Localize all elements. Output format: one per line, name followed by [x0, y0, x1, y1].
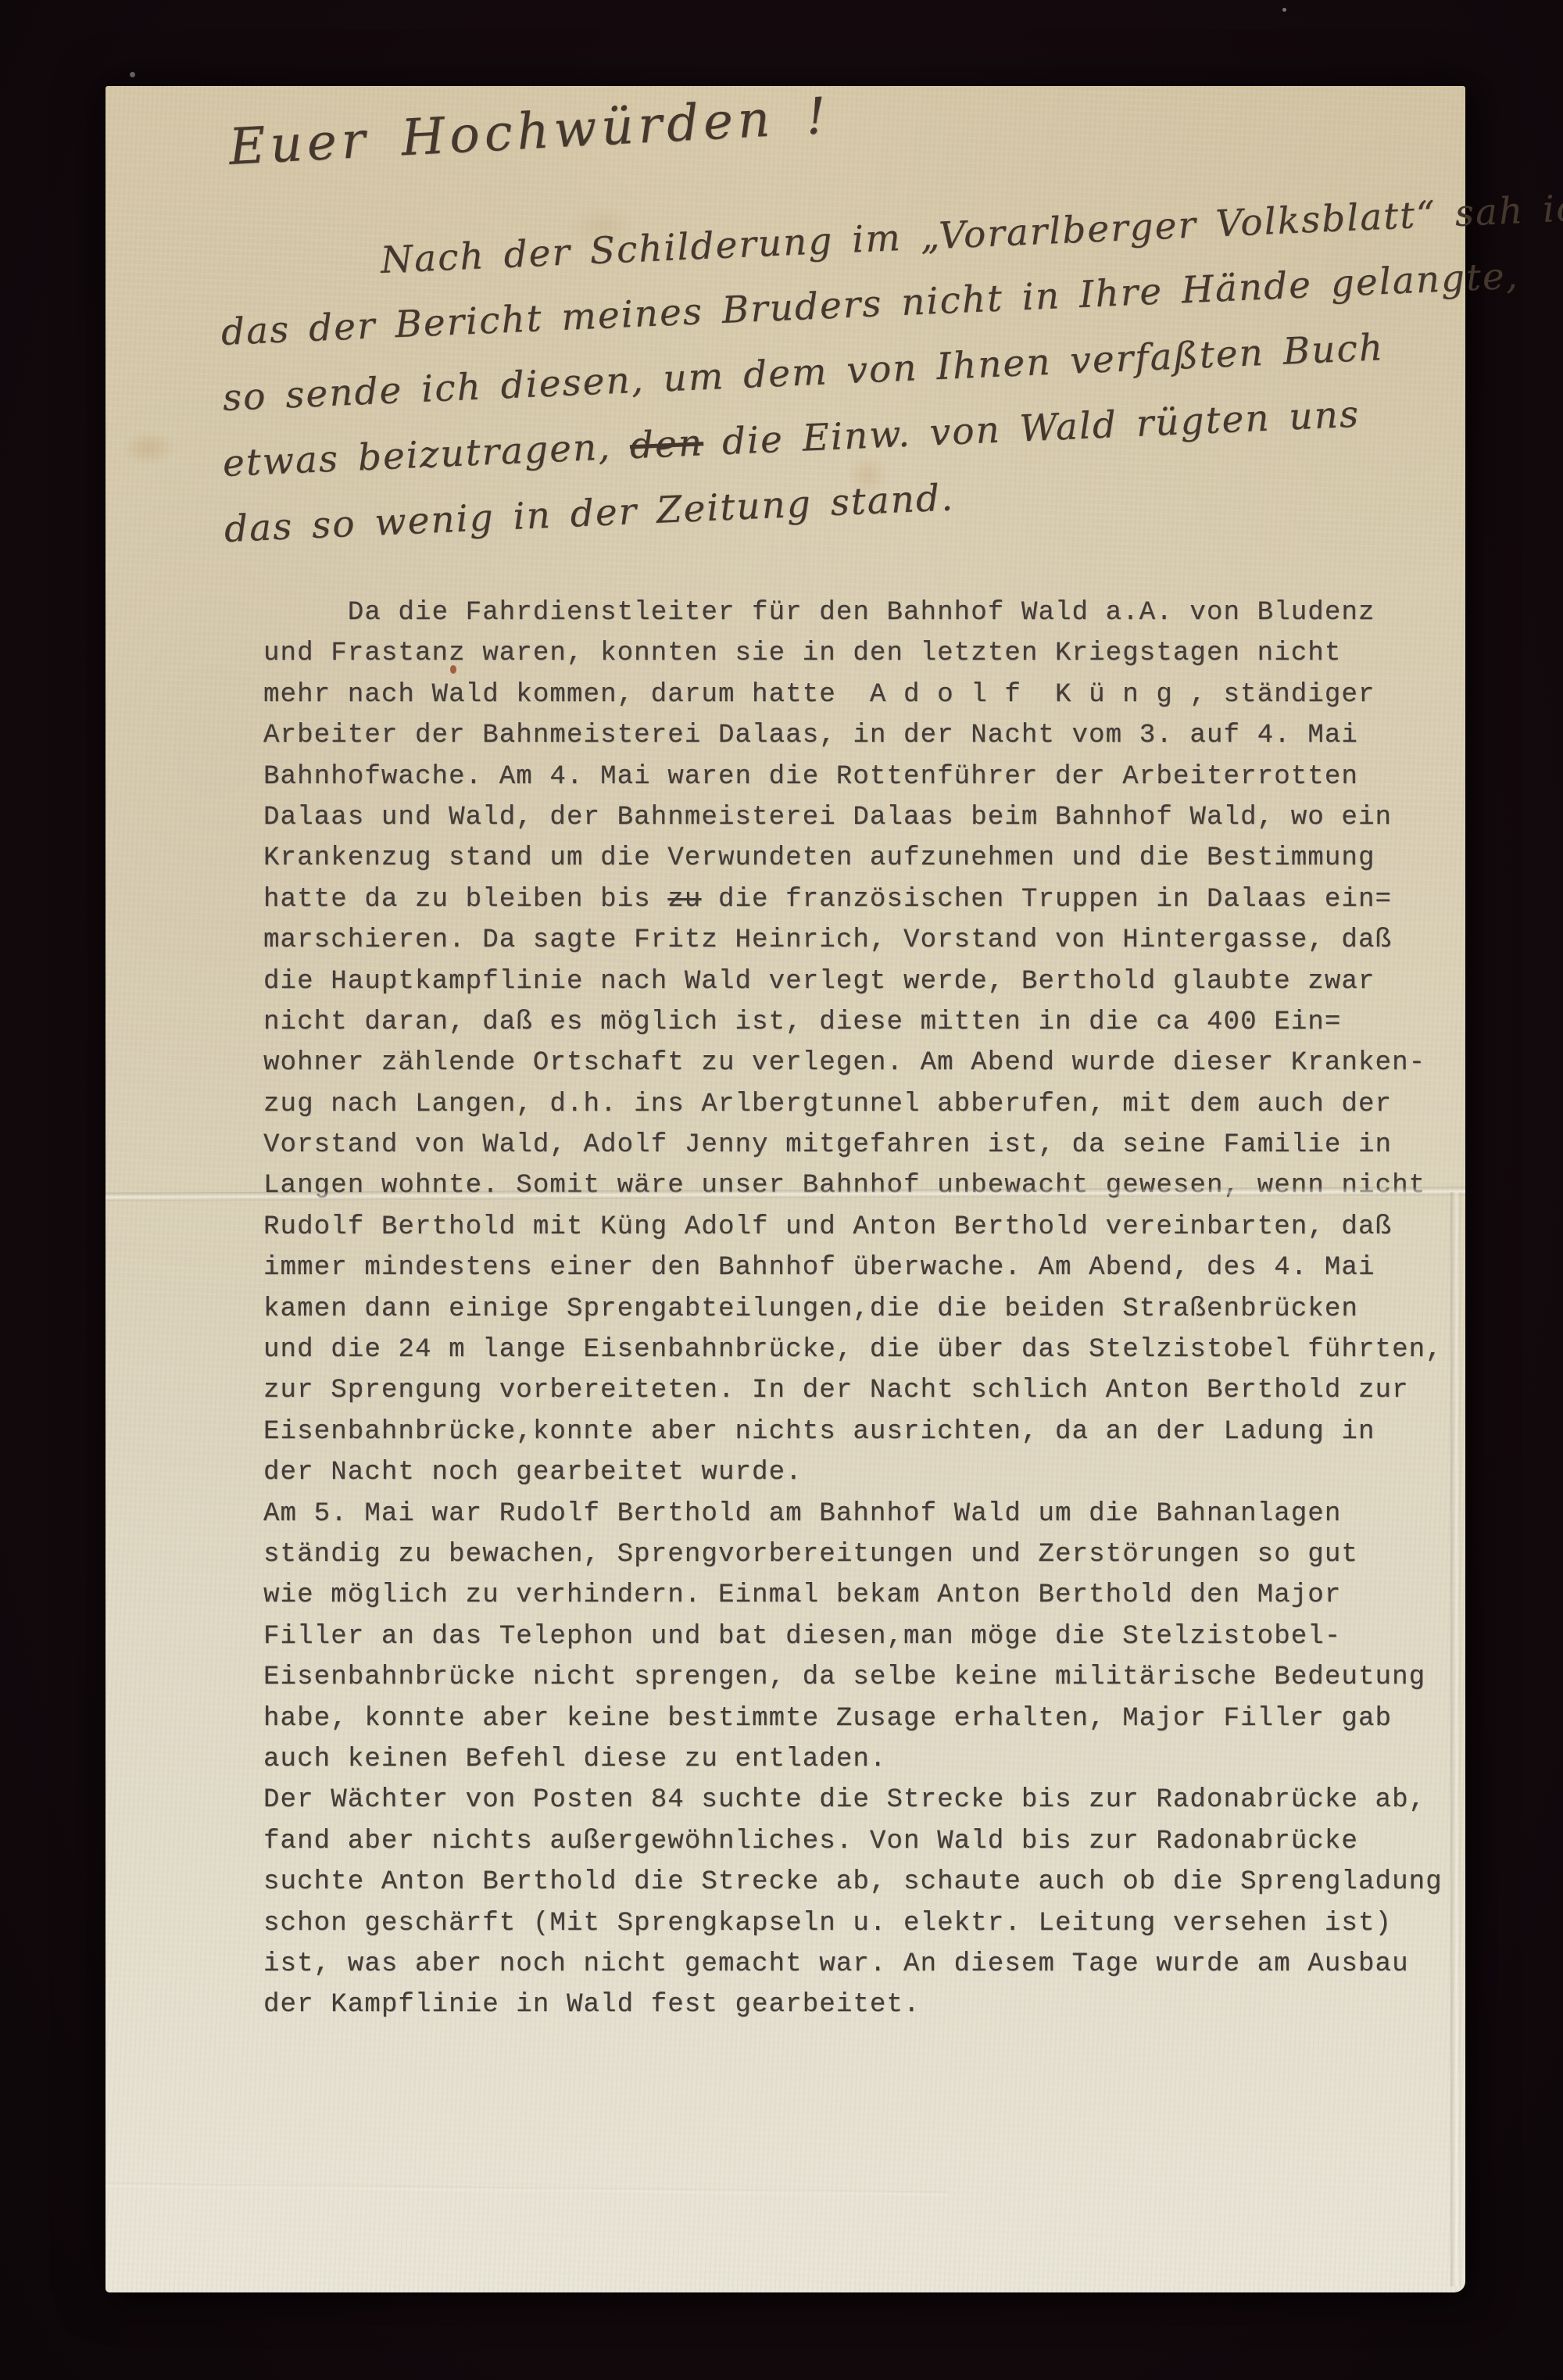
typed-line: Eisenbahnbrücke,konnte aber nichts ausri… — [263, 1412, 1483, 1452]
typed-line: zug nach Langen, d.h. ins Arlbergtunnel … — [263, 1084, 1483, 1125]
typed-line: der Kampflinie in Wald fest gearbeitet. — [263, 1985, 1483, 2025]
typed-line: zur Sprengung vorbereiteten. In der Nach… — [263, 1370, 1483, 1411]
typed-line: fand aber nichts außergewöhnliches. Von … — [263, 1821, 1483, 1862]
typed-line: nicht daran, daß es möglich ist, diese m… — [263, 1002, 1483, 1043]
typed-body: Da die Fahrdienstleiter für den Bahnhof … — [263, 592, 1483, 2026]
typed-line: mehr nach Wald kommen, darum hatte A d o… — [263, 675, 1483, 715]
letter-page: Euer Hochwürden ! Nach der Schilderung i… — [106, 86, 1465, 2292]
dust-speck — [130, 72, 135, 77]
typed-line: und die 24 m lange Eisenbahnbrücke, die … — [263, 1330, 1483, 1370]
typed-line: Da die Fahrdienstleiter für den Bahnhof … — [263, 592, 1483, 633]
handwritten-line: das so wenig in der Zeitung stand. — [224, 476, 955, 551]
typed-line: Rudolf Berthold mit Küng Adolf und Anton… — [263, 1207, 1483, 1247]
handwritten-note: Euer Hochwürden ! Nach der Schilderung i… — [106, 86, 1465, 633]
typed-line: Am 5. Mai war Rudolf Berthold am Bahnhof… — [263, 1494, 1483, 1534]
typed-line: wie möglich zu verhindern. Einmal bekam … — [263, 1575, 1483, 1616]
typed-line: Krankenzug stand um die Verwundeten aufz… — [263, 838, 1483, 879]
typed-line: ständig zu bewachen, Sprengvorbereitunge… — [263, 1534, 1483, 1575]
typed-line: habe, konnte aber keine bestimmte Zusage… — [263, 1698, 1483, 1739]
typed-line: suchte Anton Berthold die Strecke ab, sc… — [263, 1862, 1483, 1902]
typed-line: Arbeiter der Bahnmeisterei Dalaas, in de… — [263, 715, 1483, 756]
typed-line: die Hauptkampflinie nach Wald verlegt we… — [263, 961, 1483, 1002]
typed-line: ist, was aber noch nicht gemacht war. An… — [263, 1944, 1483, 1985]
typed-line: wohner zählende Ortschaft zu verlegen. A… — [263, 1043, 1483, 1083]
salutation: Euer Hochwürden ! — [227, 88, 832, 177]
typed-line: Langen wohnte. Somit wäre unser Bahnhof … — [263, 1165, 1483, 1206]
typed-line: auch keinen Befehl diese zu entladen. — [263, 1739, 1483, 1780]
fold-crease-faint — [106, 2182, 949, 2196]
typed-line: marschieren. Da sagte Fritz Heinrich, Vo… — [263, 920, 1483, 961]
typed-line: und Frastanz waren, konnten sie in den l… — [263, 633, 1483, 674]
typed-line: schon geschärft (Mit Sprengkapseln u. el… — [263, 1903, 1483, 1944]
typed-line: Bahnhofwache. Am 4. Mai waren die Rotten… — [263, 757, 1483, 797]
typed-line: immer mindestens einer den Bahnhof überw… — [263, 1247, 1483, 1288]
typed-line: Eisenbahnbrücke nicht sprengen, da selbe… — [263, 1657, 1483, 1698]
typed-line: Dalaas und Wald, der Bahnmeisterei Dalaa… — [263, 797, 1483, 838]
typed-line: der Nacht noch gearbeitet wurde. — [263, 1452, 1483, 1493]
typed-line: Vorstand von Wald, Adolf Jenny mitgefahr… — [263, 1125, 1483, 1165]
typed-line: Filler an das Telephon und bat diesen,ma… — [263, 1616, 1483, 1657]
dust-speck — [1282, 8, 1286, 12]
right-edge-fold — [1450, 1192, 1461, 2286]
typed-line: kamen dann einige Sprengabteilungen,die … — [263, 1289, 1483, 1330]
typed-line: hatte da zu bleiben bis zu die französis… — [263, 879, 1483, 920]
typed-line: Der Wächter von Posten 84 suchte die Str… — [263, 1780, 1483, 1820]
